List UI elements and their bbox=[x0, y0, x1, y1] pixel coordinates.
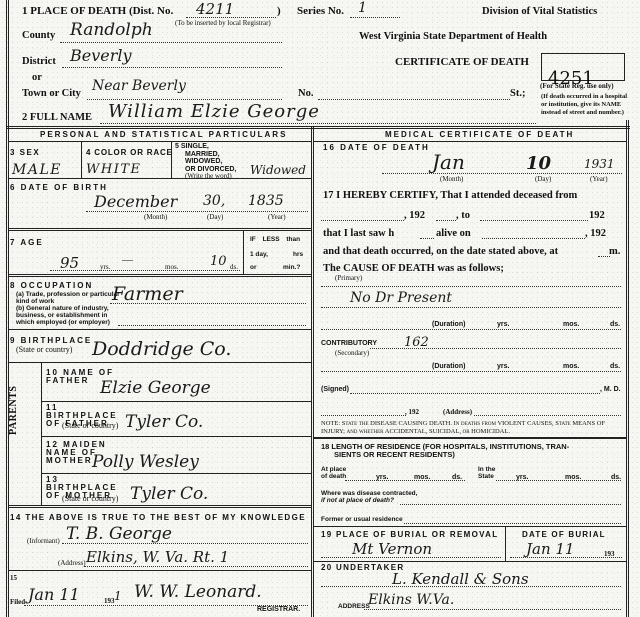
note-text: NOTE: State the DISEASE CAUSING DEATH. I… bbox=[321, 420, 623, 436]
full-name-label: 2 FULL NAME bbox=[22, 112, 92, 123]
burial-date-label: DATE OF BURIAL bbox=[522, 530, 606, 539]
marital-label-3: WIDOWED, bbox=[175, 158, 236, 166]
dod-day: 10 bbox=[526, 153, 551, 174]
less-label: IF LESS than bbox=[250, 236, 300, 243]
contributory-label: CONTRIBUTORY bbox=[321, 340, 377, 347]
or-label: or bbox=[32, 72, 42, 83]
burial-place-value: Mt Vernon bbox=[352, 540, 432, 558]
dod-label: 16 DATE OF DEATH bbox=[323, 143, 430, 152]
primary-label: (Primary) bbox=[335, 274, 362, 282]
division-title: Division of Vital Statistics bbox=[482, 6, 597, 17]
dob-day-caption: (Day) bbox=[207, 213, 223, 221]
dist-no-note: (To be inserted by local Registrar) bbox=[175, 19, 271, 27]
registrar-signature: W. W. Leonard. bbox=[134, 582, 262, 602]
informant-address-label: (Address) bbox=[58, 559, 86, 567]
certify-line-4: and that death occurred, on the date sta… bbox=[323, 246, 558, 257]
birthplace-sub: (State or country) bbox=[16, 345, 72, 354]
series-label: Series No. bbox=[297, 5, 344, 17]
county-label: County bbox=[22, 30, 55, 41]
center-divider bbox=[311, 126, 314, 617]
age-label: 7 AGE bbox=[10, 238, 44, 247]
occupation-label: 8 OCCUPATION bbox=[10, 281, 93, 290]
residence-label-2: SIENTS OR RECENT RESIDENTS) bbox=[334, 450, 455, 459]
father-name-value: Elzie George bbox=[100, 378, 211, 398]
certify-line-1: 17 I HEREBY CERTIFY, That I attended dec… bbox=[323, 190, 577, 201]
town-label: Town or City bbox=[22, 88, 81, 99]
dob-label: 6 DATE OF BIRTH bbox=[10, 183, 108, 192]
in-state-label: In the bbox=[478, 466, 495, 473]
dob-day: 30, bbox=[203, 193, 225, 209]
occupation-a-note: (a) Trade, profession or particular kind… bbox=[16, 291, 121, 305]
age-months: — bbox=[122, 254, 133, 266]
birthplace-label: 9 BIRTHPLACE bbox=[10, 336, 92, 345]
certify-line-3: that I last saw h bbox=[323, 228, 394, 239]
no-label: No. bbox=[298, 88, 313, 99]
marital-label-2: MARRIED, bbox=[175, 151, 236, 159]
parents-label: PARENTS bbox=[8, 386, 19, 435]
filed-year-prefix: 193 bbox=[104, 597, 115, 605]
town-value: Near Beverly bbox=[92, 78, 186, 94]
registrar-label: REGISTRAR. bbox=[257, 606, 300, 613]
md-label: , M. D. bbox=[600, 386, 621, 393]
informant-value: T. B. George bbox=[66, 524, 172, 544]
dob-year: 1835 bbox=[248, 193, 284, 209]
personal-section-title: PERSONAL AND STATISTICAL PARTICULARS bbox=[40, 130, 287, 139]
mother-birthplace-value: Tyler Co. bbox=[130, 484, 208, 504]
medical-section-title: MEDICAL CERTIFICATE OF DEATH bbox=[385, 130, 574, 139]
filed-number: 15 bbox=[10, 574, 17, 582]
undertaker-address-value: Elkins W.Va. bbox=[368, 592, 454, 608]
filed-label: Filed bbox=[10, 598, 25, 606]
father-birthplace-sub: (State or country) bbox=[62, 421, 118, 430]
right-border bbox=[626, 120, 629, 617]
dob-month-caption: (Month) bbox=[144, 213, 167, 221]
burial-date-value: Jan 11 bbox=[526, 540, 574, 558]
cause-label: The CAUSE OF DEATH was as follows; bbox=[323, 263, 504, 274]
duration-label-2: (Duration) bbox=[432, 363, 465, 370]
dob-year-caption: (Year) bbox=[268, 213, 286, 221]
st-label: St.; bbox=[510, 88, 525, 99]
dob-month: December bbox=[94, 192, 177, 211]
mother-name-value: Polly Wesley bbox=[92, 452, 199, 472]
marital-label-1: 5 SINGLE, bbox=[175, 143, 236, 151]
dod-month: Jan bbox=[432, 150, 465, 174]
occupation-b-note: (b) General nature of industry, business… bbox=[16, 305, 121, 326]
father-birthplace-value: Tyler Co. bbox=[125, 412, 203, 432]
race-value: WHITE bbox=[86, 162, 142, 177]
marital-value: Widowed bbox=[250, 163, 306, 177]
certificate-title: CERTIFICATE OF DEATH bbox=[395, 56, 529, 68]
hospital-note: (If death occurred in a hospital or inst… bbox=[541, 93, 627, 117]
informant-address-value: Elkins, W. Va. Rt. 1 bbox=[86, 548, 229, 566]
signed-label: (Signed) bbox=[321, 386, 349, 393]
race-label: 4 COLOR OR RACE bbox=[86, 148, 173, 157]
age-days: 10 bbox=[210, 254, 227, 269]
informant-label: (Informant) bbox=[27, 537, 60, 545]
mother-birthplace-sub: (State or country) bbox=[62, 494, 118, 503]
dist-no-value: 4211 bbox=[196, 0, 234, 18]
cause-value: No Dr Present bbox=[350, 290, 452, 306]
marital-write-note: (Write the word) bbox=[175, 173, 236, 181]
department-title: West Virginia State Department of Health bbox=[359, 31, 547, 42]
at-place-label: At place bbox=[321, 466, 346, 473]
duration-label-1: (Duration) bbox=[432, 321, 465, 328]
burial-place-label: 19 PLACE OF BURIAL OR REMOVAL bbox=[321, 530, 498, 539]
district-label: District bbox=[22, 56, 56, 67]
physician-address-label: (Address) bbox=[443, 408, 472, 416]
death-certificate: 1 PLACE OF DEATH (Dist. No. 4211 ) (To b… bbox=[0, 0, 640, 617]
dod-year: 1931 bbox=[584, 157, 615, 171]
informant-statement: 14 THE ABOVE IS TRUE TO THE BEST OF MY K… bbox=[10, 513, 306, 522]
filed-date-value: Jan 11 bbox=[28, 585, 80, 604]
state-reg-note: (For State Reg. use only) bbox=[540, 82, 614, 90]
series-no-value: 1 bbox=[358, 0, 367, 16]
district-value: Beverly bbox=[70, 46, 132, 65]
secondary-label: (Secondary) bbox=[335, 349, 369, 357]
place-of-death-label: 1 PLACE OF DEATH (Dist. No. bbox=[22, 5, 173, 17]
former-residence-label: Former or usual residence bbox=[321, 516, 403, 523]
occupation-value: Farmer bbox=[112, 283, 183, 305]
left-border bbox=[6, 0, 9, 617]
sex-label: 3 SEX bbox=[10, 148, 40, 157]
full-name-value: William Elzie George bbox=[108, 101, 320, 122]
sex-value: MALE bbox=[12, 162, 62, 178]
birthplace-value: Doddridge Co. bbox=[92, 338, 231, 360]
filed-year-value: 1 bbox=[114, 589, 122, 603]
county-value: Randolph bbox=[70, 20, 153, 40]
contracted-label: Where was disease contracted, bbox=[321, 490, 417, 497]
